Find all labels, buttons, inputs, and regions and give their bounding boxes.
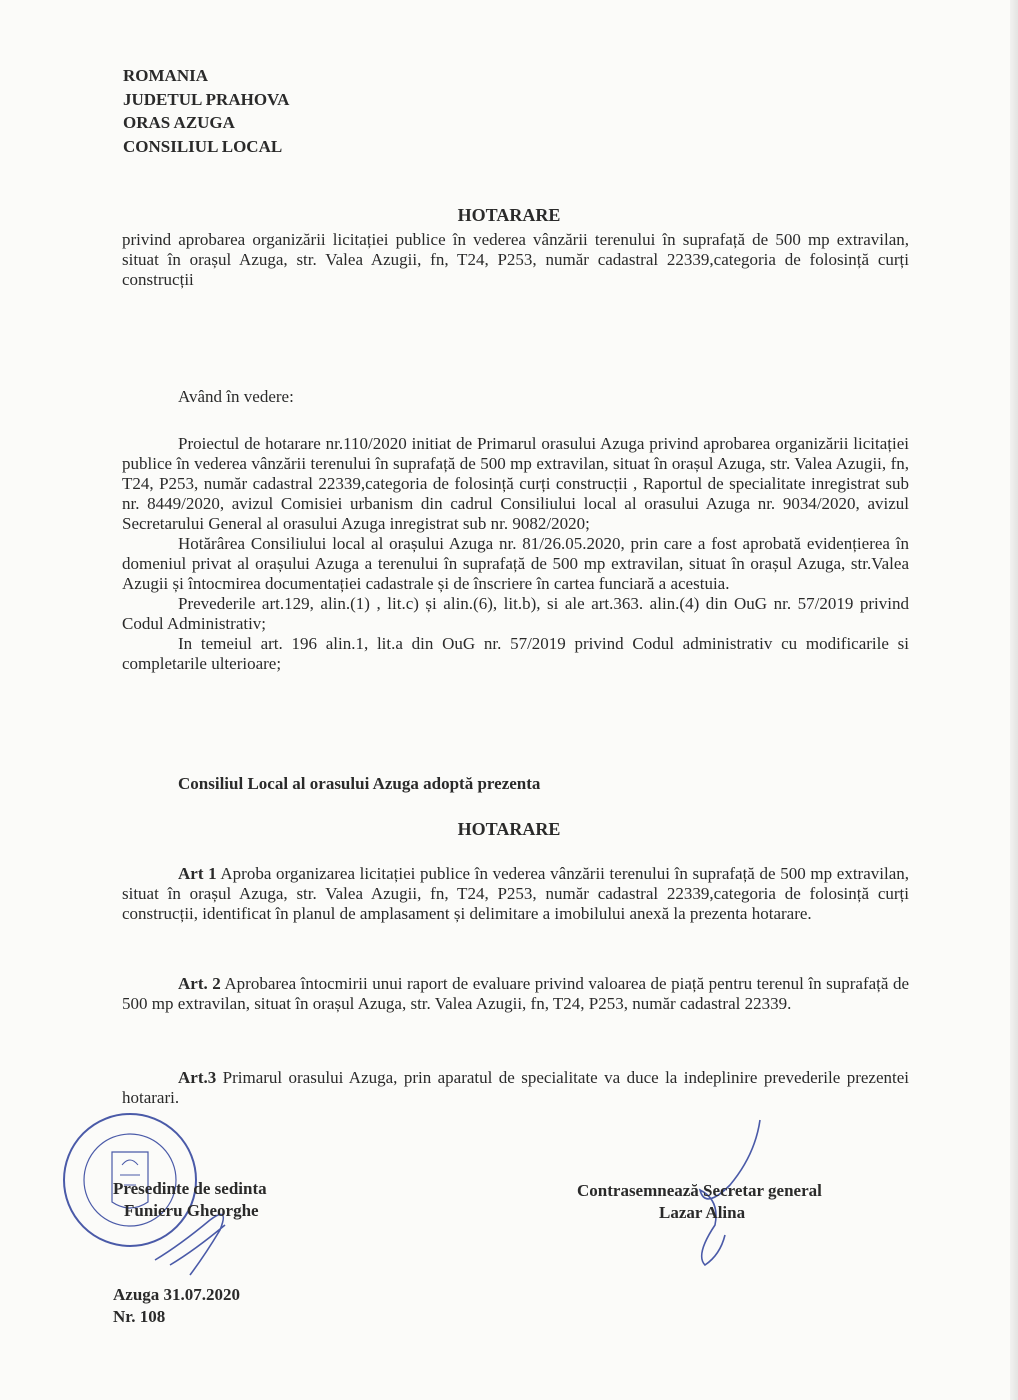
subject-paragraph: privind aprobarea organizării licitației… [122,230,909,290]
signature-block-secretary: Contrasemnează Secretar general Lazar Al… [577,1180,822,1224]
header-line: JUDETUL PRAHOVA [123,88,289,112]
signature-block-president: Presedinte de sedinta Funieru Gheorghe [113,1178,267,1222]
header-line: ORAS AZUGA [123,111,289,135]
decision-title: HOTARARE [0,819,1018,840]
decision-number: Nr. 108 [113,1306,240,1328]
document-title: HOTARARE [0,205,1018,226]
adoption-statement: Consiliul Local al orasului Azuga adoptă… [122,774,909,794]
signatory-role: Contrasemnează Secretar general [577,1180,822,1202]
issuer-header: ROMANIA JUDETUL PRAHOVA ORAS AZUGA CONSI… [123,64,289,158]
consideration-item: Hotărârea Consiliului local al orașului … [122,534,909,594]
article-text: Aprobarea întocmirii unui raport de eval… [122,974,909,1013]
article-2: Art. 2 Aprobarea întocmirii unui raport … [122,974,909,1014]
intro-wrap: Având în vedere: [122,387,909,407]
article-label: Art.3 [178,1068,216,1087]
signatory-role: Presedinte de sedinta [113,1178,267,1200]
consideration-item: In temeiul art. 196 alin.1, lit.a din Ou… [122,634,909,674]
footer: Azuga 31.07.2020 Nr. 108 [113,1284,240,1328]
considerations: Proiectul de hotarare nr.110/2020 initia… [122,434,909,674]
intro-text: Având în vedere: [122,387,909,407]
article-3: Art.3 Primarul orasului Azuga, prin apar… [122,1068,909,1108]
article-text: Aproba organizarea licitației publice în… [122,864,909,923]
consideration-item: Prevederile art.129, alin.(1) , lit.c) ș… [122,594,909,634]
consideration-item: Proiectul de hotarare nr.110/2020 initia… [122,434,909,534]
article-label: Art 1 [178,864,217,883]
header-line: ROMANIA [123,64,289,88]
article-text: Primarul orasului Azuga, prin aparatul d… [122,1068,909,1107]
signatory-name: Funieru Gheorghe [113,1200,267,1222]
header-line: CONSILIUL LOCAL [123,135,289,159]
place-date: Azuga 31.07.2020 [113,1284,240,1306]
article-1: Art 1 Aproba organizarea licitației publ… [122,864,909,924]
article-label: Art. 2 [178,974,221,993]
signatory-name: Lazar Alina [577,1202,822,1224]
